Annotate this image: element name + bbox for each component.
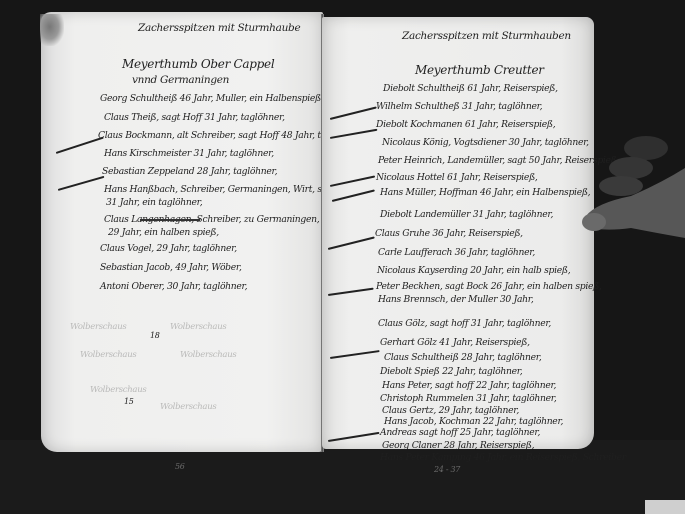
right-entry: Georg Claner 28 Jahr, Reiserspieß, (382, 440, 534, 451)
right-entry: Andreas sagt hoff 25 Jahr, taglöhner, (380, 427, 540, 438)
faded-bleed-text: Wolberschaus (180, 350, 236, 360)
marginal-mark: 15 (124, 397, 134, 406)
right-page-number: 24 - 37 (434, 465, 460, 474)
faded-bleed-text: Wolberschaus (80, 350, 136, 360)
left-entry: Claus Vogel, 29 Jahr, taglöhner, (100, 243, 237, 254)
right-entry: Christoph Rummelen 31 Jahr, taglöhner, (380, 393, 556, 404)
right-entry: Diebolt Landemüller 31 Jahr, taglöhner, (380, 209, 553, 220)
right-entry: Diebolt Spieß 22 Jahr, taglöhner, (380, 366, 522, 377)
left-entry: 29 Jahr, ein halben spieß, (108, 227, 219, 238)
right-entry: Diebolt Kochmanen 61 Jahr, Reiserspieß, (376, 119, 555, 130)
right-entry: Claus Schultheiß 28 Jahr, taglöhner, (384, 352, 541, 363)
right-entry: Hans Peter Kamping 46 Jahr, ein Reisersp… (380, 452, 626, 463)
left-entry: Hans Hanßbach, Schreiber, Germaningen, W… (104, 184, 358, 195)
right-entry: Nicolaus Kayserding 20 Jahr, ein halb sp… (377, 265, 570, 276)
marginal-mark: 18 (150, 331, 160, 340)
left-entry: Hans Kirschmeister 31 Jahr, taglöhner, (104, 148, 274, 159)
faded-bleed-text: Wolberschaus (90, 385, 146, 395)
left-entry: 31 Jahr, ein taglöhner, (106, 197, 202, 208)
right-entry: Claus Gertz, 29 Jahr, taglöhner, (382, 405, 519, 416)
paper-stain (40, 14, 64, 46)
right-heading-district: Meyerthumb Creutter (415, 63, 544, 77)
left-heading-title: Zachersspitzen mit Sturmhaube (138, 22, 300, 34)
left-entry: Sebastian Zeppeland 28 Jahr, taglöhner, (102, 166, 277, 177)
right-entry: Carle Laufferach 36 Jahr, taglöhner, (378, 247, 535, 258)
right-entry: Hans Müller, Hoffman 46 Jahr, ein Halben… (380, 187, 590, 198)
right-entry: Wilhelm Schultheß 31 Jahr, taglöhner, (376, 101, 542, 112)
faded-bleed-text: Wolberschaus (70, 322, 126, 332)
right-heading-title: Zachersspitzen mit Sturmhauben (402, 30, 571, 42)
left-entry: Claus Theiß, sagt Hoff 31 Jahr, taglöhne… (104, 112, 285, 123)
right-entry: Claus Gölz, sagt hoff 31 Jahr, taglöhner… (378, 318, 551, 329)
hand-holding-page (576, 128, 685, 248)
right-entry: Hans Jacob, Kochman 22 Jahr, taglöhner, (384, 416, 563, 427)
right-entry: Diebolt Schultheiß 61 Jahr, Reiserspieß, (383, 83, 558, 94)
right-entry: Hans Peter, sagt hoff 22 Jahr, taglöhner… (382, 380, 556, 391)
right-entry: Nicolaus Hottel 61 Jahr, Reiserspieß, (376, 172, 538, 183)
right-entry: Nicolaus König, Vogtsdiener 30 Jahr, tag… (382, 137, 589, 148)
faded-bleed-text: Wolberschaus (160, 402, 216, 412)
left-heading-district-2: vnnd Germaningen (132, 74, 229, 86)
background-corner-paper (645, 500, 685, 514)
right-entry: Claus Gruhe 36 Jahr, Reiserspieß, (375, 228, 523, 239)
faded-bleed-text: Wolberschaus (170, 322, 226, 332)
right-entry: Peter Beckhen, sagt Bock 26 Jahr, ein ha… (376, 281, 602, 292)
left-entry: Sebastian Jacob, 49 Jahr, Wöber, (100, 262, 242, 273)
left-entry: Georg Schultheiß 46 Jahr, Muller, ein Ha… (100, 93, 323, 104)
strikethrough (140, 219, 200, 221)
left-page-number: 56 (175, 462, 185, 471)
left-heading-district: Meyerthumb Ober Cappel (122, 57, 274, 71)
right-entry: Hans Brennsch, der Muller 30 Jahr, (378, 294, 533, 305)
left-entry: Antoni Oberer, 30 Jahr, taglöhner, (100, 281, 247, 292)
right-entry: Gerhart Gölz 41 Jahr, Reiserspieß, (380, 337, 530, 348)
